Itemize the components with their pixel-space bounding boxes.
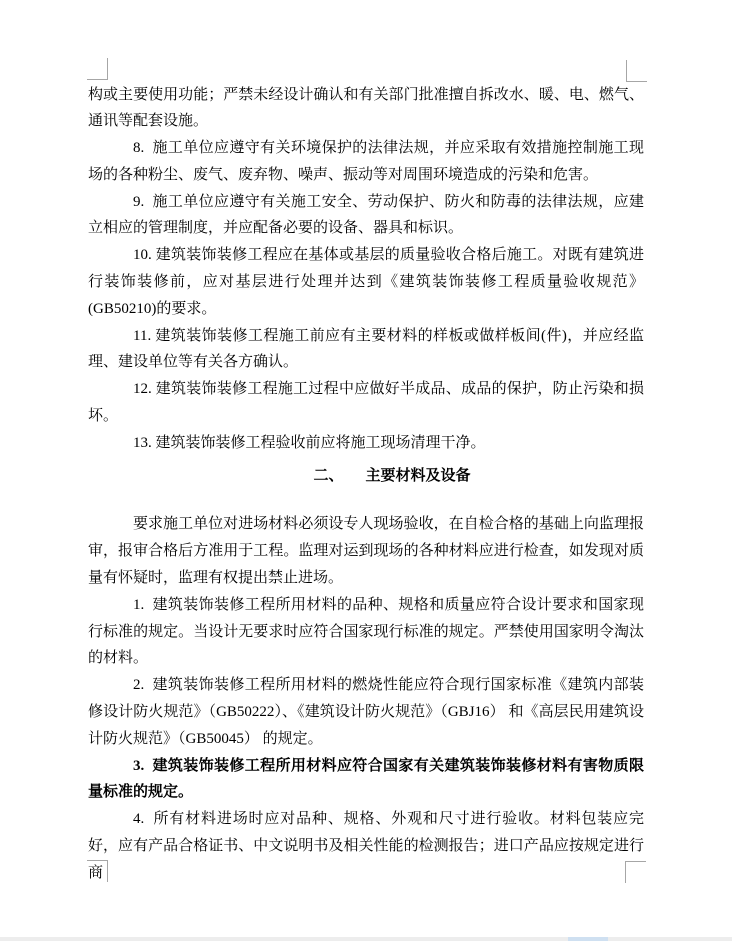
paragraph-item-4: 4. 所有材料进场时应对品种、规格、外观和尺寸进行验收。材料包装应完好，应有产品… [88, 806, 644, 886]
section-heading: 二、主要材料及设备 [140, 463, 644, 490]
horizontal-scrollbar[interactable] [0, 937, 732, 941]
horizontal-scrollbar-thumb[interactable] [568, 937, 608, 941]
paragraph-item-1: 1. 建筑装饰装修工程所用材料的品种、规格和质量应符合设计要求和国家现行标准的规… [88, 592, 644, 672]
paragraph-item-11: 11. 建筑装饰装修工程施工前应有主要材料的样板或做样板间(件)，并应经监理、建… [88, 323, 644, 377]
section-heading-number: 二、 [313, 468, 343, 484]
materials-intro-paragraph: 要求施工单位对进场材料必须设专人现场验收，在自检合格的基础上向监理报审，报审合格… [88, 511, 644, 591]
paragraph-item-2: 2. 建筑装饰装修工程所用材料的燃烧性能应符合现行国家标准《建筑内部装修设计防火… [88, 672, 644, 752]
document-text-block: 构或主要使用功能；严禁未经设计确认和有关部门批准擅自拆改水、暖、电、燃气、通讯等… [88, 82, 644, 887]
crop-mark-top-left [87, 58, 108, 80]
paragraph-item-3: 3. 建筑装饰装修工程所用材料应符合国家有关建筑装饰装修材料有害物质限量标准的规… [88, 753, 644, 807]
section-heading-title: 主要材料及设备 [366, 468, 471, 484]
document-page: 构或主要使用功能；严禁未经设计确认和有关部门批准擅自拆改水、暖、电、燃气、通讯等… [0, 0, 732, 941]
paragraph-item-10: 10. 建筑装饰装修工程应在基体或基层的质量验收合格后施工。对既有建筑进行装饰装… [88, 242, 644, 322]
paragraph-item-12: 12. 建筑装饰装修工程施工过程中应做好半成品、成品的保护，防止污染和损坏。 [88, 376, 644, 430]
crop-mark-top-right [626, 60, 647, 82]
continuation-paragraph: 构或主要使用功能；严禁未经设计确认和有关部门批准擅自拆改水、暖、电、燃气、通讯等… [88, 82, 644, 136]
paragraph-item-8: 8. 施工单位应遵守有关环境保护的法律法规，并应采取有效措施控制施工现场的各种粉… [88, 135, 644, 189]
paragraph-item-13: 13. 建筑装饰装修工程验收前应将施工现场清理干净。 [88, 430, 644, 457]
paragraph-item-9: 9. 施工单位应遵守有关施工安全、劳动保护、防火和防毒的法律法规，应建立相应的管… [88, 189, 644, 243]
